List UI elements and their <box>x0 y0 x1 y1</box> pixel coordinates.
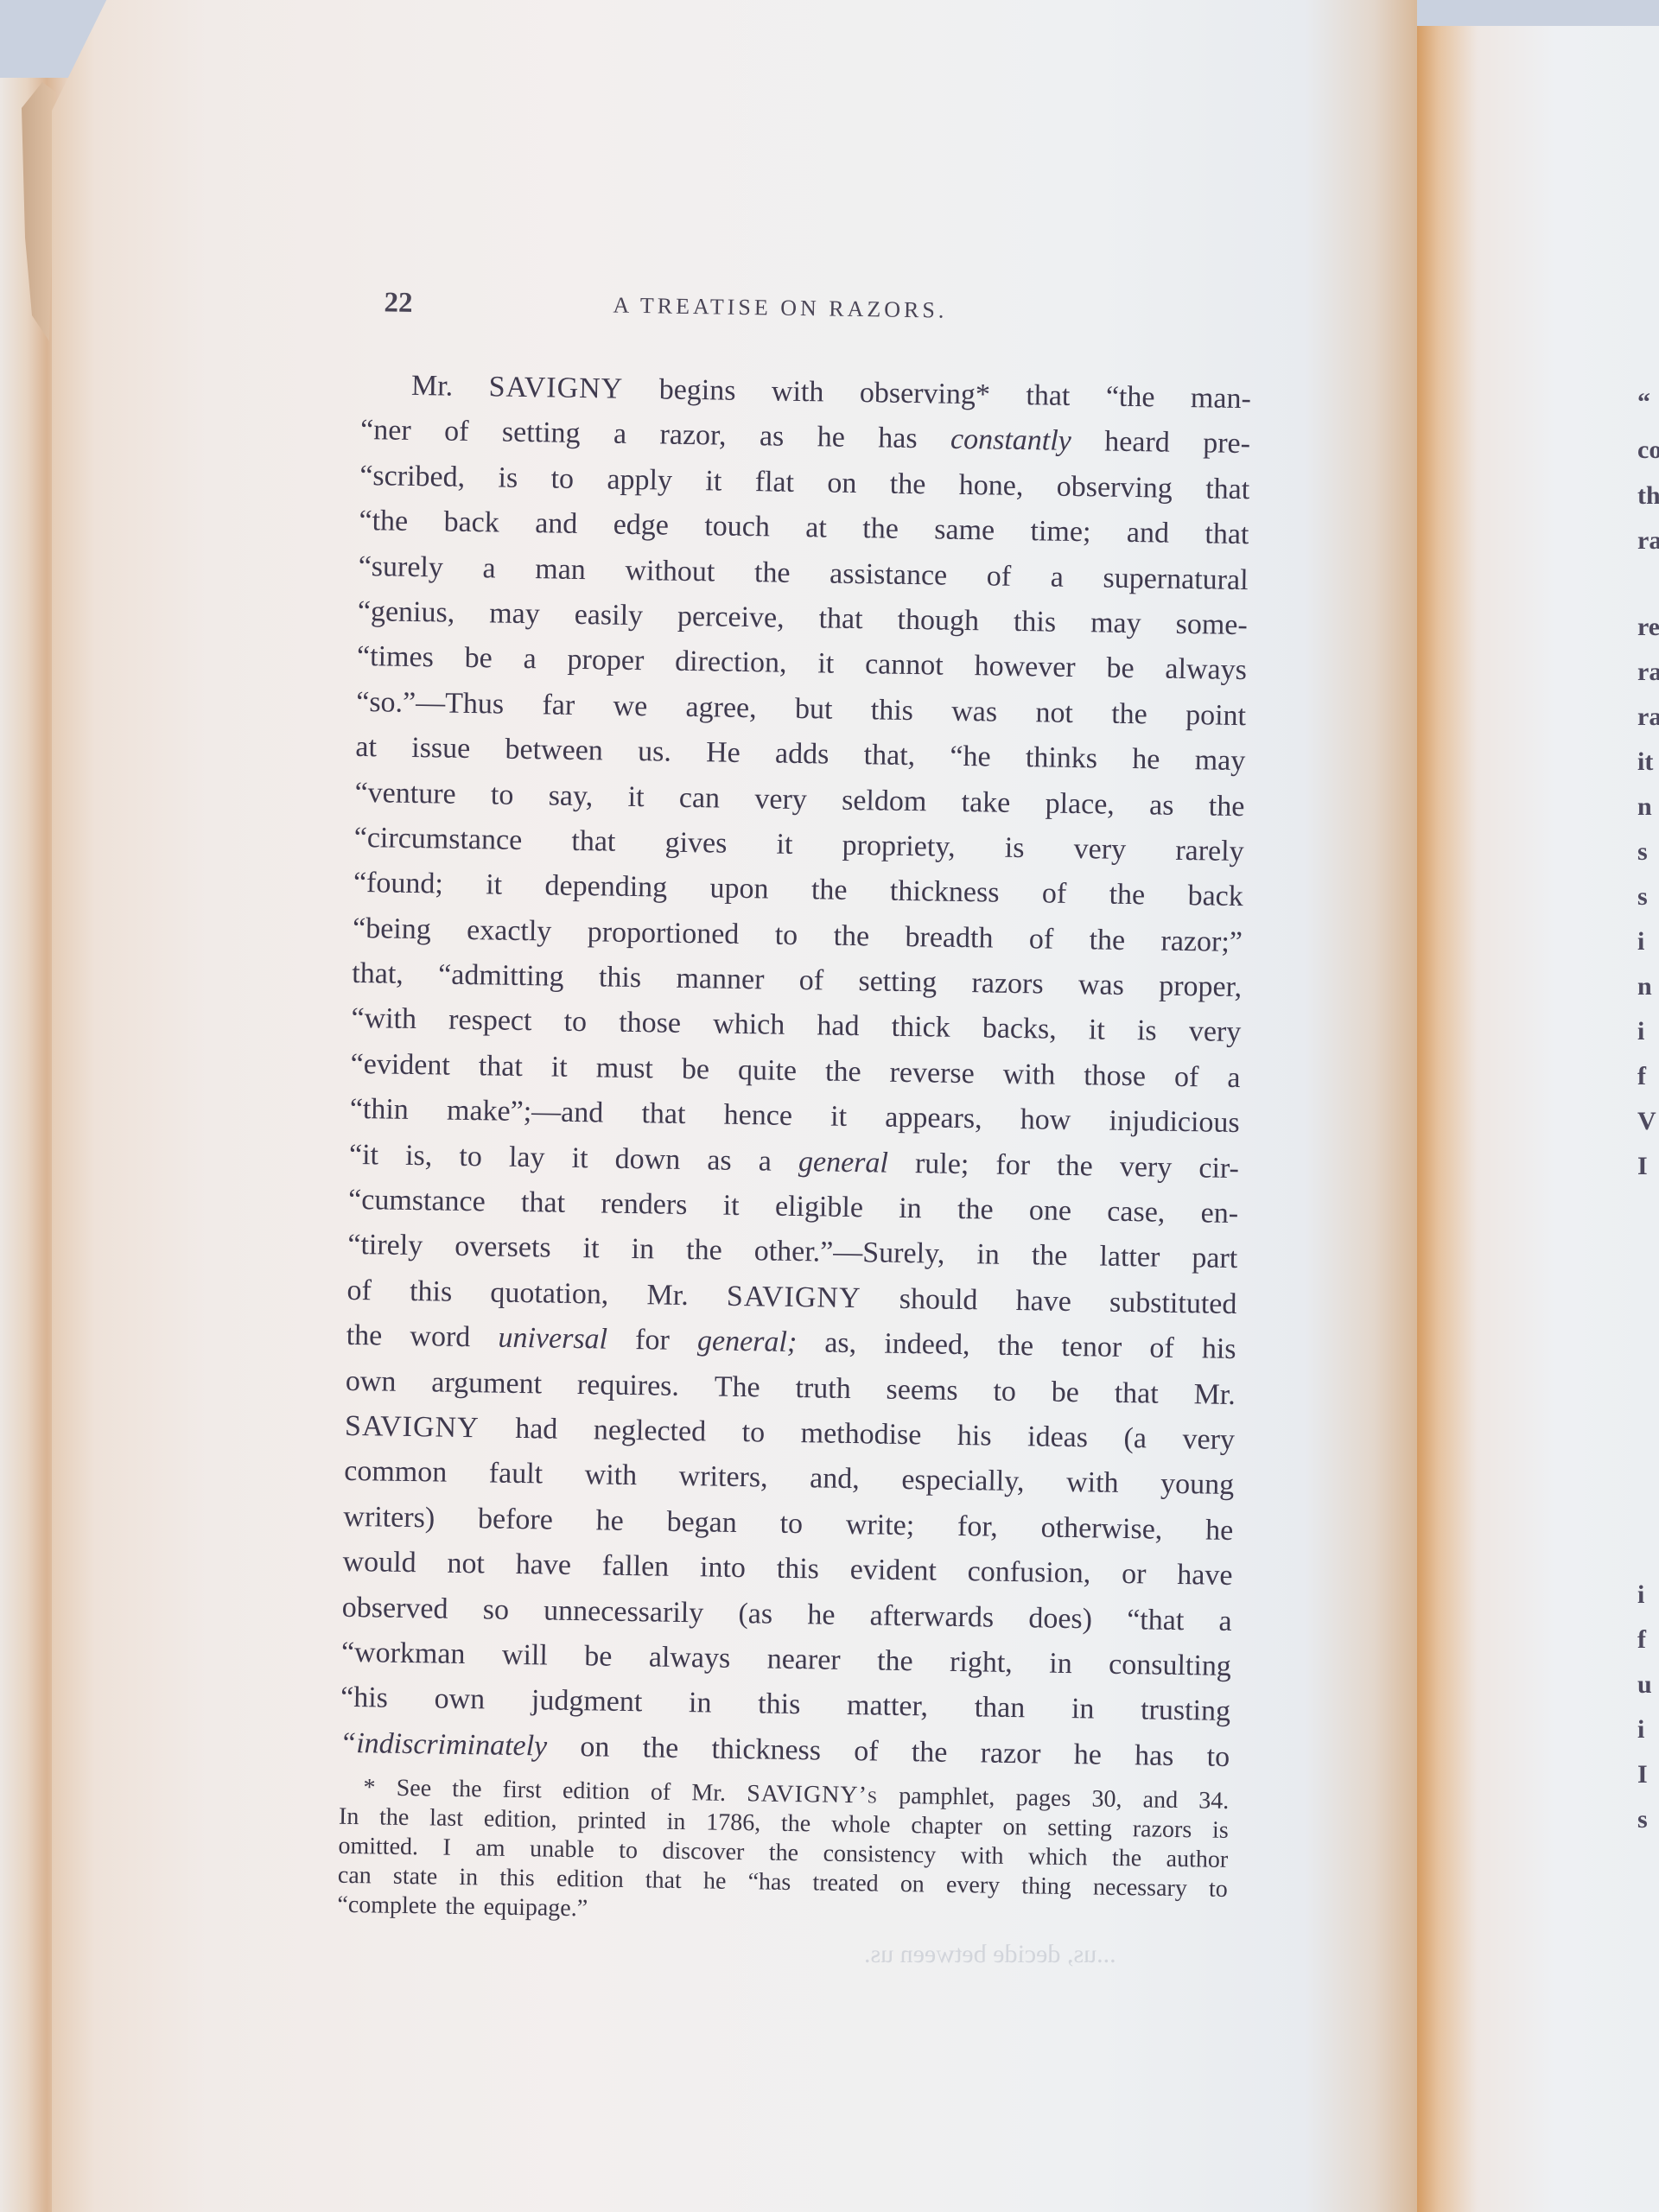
facing-page-fragment: f <box>1637 1054 1646 1099</box>
facing-page-fragment: it <box>1637 740 1653 785</box>
body-text: Mr.SAVIGNYbeginswithobserving*that“thema… <box>340 363 1251 1780</box>
facing-page-fragment: i <box>1637 919 1644 964</box>
facing-page-fragment: s <box>1637 1797 1648 1842</box>
page-text-block: 22 A TREATISE ON RAZORS. Mr.SAVIGNYbegin… <box>337 276 1253 1934</box>
footnote: *SeethefirsteditionofMr.SAVIGNY’spamphle… <box>337 1773 1230 1934</box>
facing-page-fragment: i <box>1637 1009 1644 1054</box>
page-header: 22 A TREATISE ON RAZORS. <box>362 276 1253 351</box>
running-title: A TREATISE ON RAZORS. <box>613 293 947 324</box>
facing-page-fragment: f <box>1637 1618 1646 1662</box>
facing-page-fragment: I <box>1637 1752 1648 1797</box>
facing-page-fragment: “ <box>1637 380 1650 425</box>
facing-page-fragment: u <box>1637 1662 1652 1707</box>
facing-page-text: “ co th ra re ra ra it n s s i n i f V I… <box>1637 0 1659 2212</box>
facing-page-fragment: re <box>1637 605 1659 650</box>
facing-page <box>1417 26 1659 2212</box>
facing-page-fragment: V <box>1637 1099 1656 1144</box>
facing-page-fragment: n <box>1637 964 1652 1009</box>
facing-page-fragment: I <box>1637 1144 1648 1189</box>
facing-page-fragment: s <box>1637 874 1648 919</box>
facing-page-fragment: ra <box>1637 650 1659 695</box>
facing-page-fragment: ra <box>1637 518 1659 563</box>
facing-page-fragment: i <box>1637 1707 1644 1752</box>
facing-page-fragment: n <box>1637 785 1652 829</box>
facing-page-fragment: s <box>1637 829 1648 874</box>
facing-page-fragment: th <box>1637 474 1659 518</box>
facing-page-fragment: i <box>1637 1573 1644 1618</box>
facing-page-fragment: co <box>1637 428 1659 473</box>
show-through-text: ...us, decide between us. <box>864 1940 1116 1969</box>
page-number: 22 <box>384 287 413 320</box>
facing-page-fragment: ra <box>1637 695 1659 740</box>
